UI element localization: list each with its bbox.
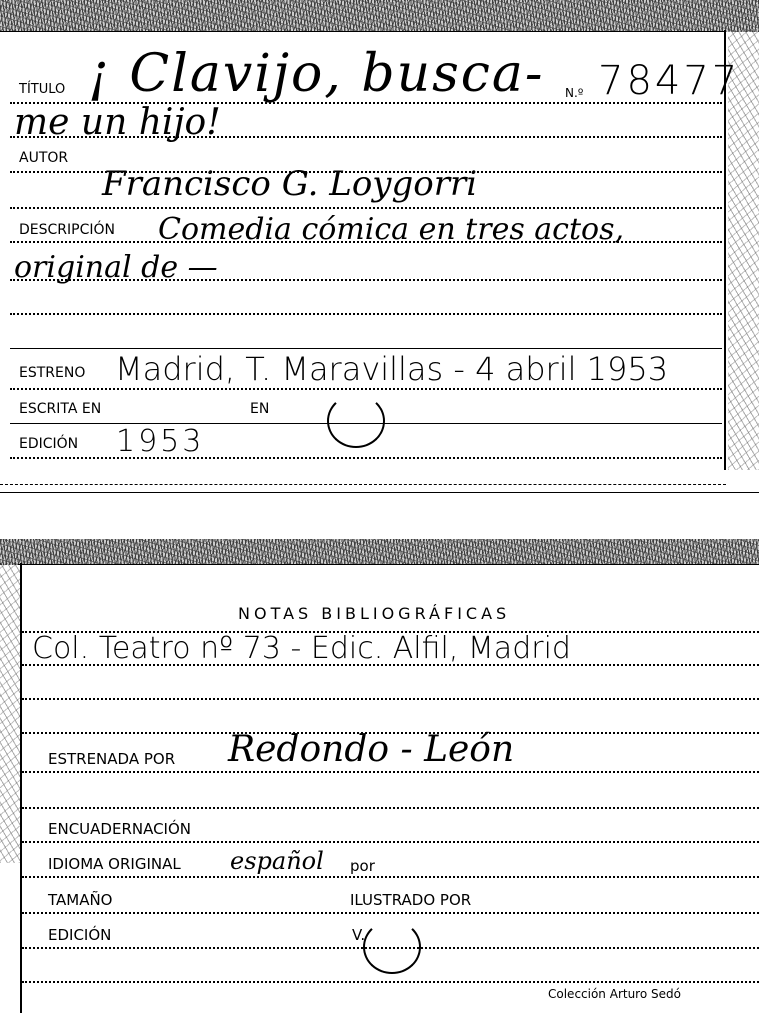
edicion-value: 1953 (116, 424, 204, 459)
card-bottom-dashed (0, 484, 726, 485)
estreno-label: Estreno (19, 365, 85, 381)
titulo-number-prefix: N.º (565, 86, 583, 100)
bottom-rule (22, 981, 759, 983)
estreno-value: Madrid, T. Maravillas - 4 abril 1953 (115, 350, 668, 388)
descripcion-rule-1 (10, 241, 722, 243)
descripcion-rule-4 (10, 348, 722, 349)
ilustrado-por-label: Ilustrado por (350, 891, 471, 909)
autor-rule-2 (10, 207, 722, 209)
edicion-label: Edición (19, 436, 78, 452)
titulo-label: Título (19, 82, 65, 97)
front-card: Título ¡ Clavijo, busca- N.º 78477 me un… (0, 0, 759, 495)
escrita-en-label: Escrita en (19, 401, 101, 417)
notas-heading: NOTAS BIBLIOGRÁFICAS (238, 604, 510, 623)
notas-rule-3 (22, 698, 759, 700)
notas-line1: Col. Teatro nº 73 - Edic. Alfil, Madrid (32, 631, 571, 666)
scan-edge-noise-left (0, 563, 20, 863)
autor-value: Francisco G. Loygorri (102, 164, 477, 204)
scan-edge-noise-top (0, 0, 759, 32)
estrenada-por-rule (22, 771, 759, 773)
descripcion-rule-3 (10, 313, 722, 315)
titulo-value-line1: ¡ Clavijo, busca- (88, 44, 545, 104)
descripcion-label: Descripción (19, 222, 115, 238)
estrenada-por-value: Redondo - León (228, 729, 514, 770)
titulo-rule-2 (10, 136, 722, 138)
back-card: NOTAS BIBLIOGRÁFICAS Col. Teatro nº 73 -… (0, 535, 759, 1028)
edicion-rule (10, 457, 722, 459)
estrenada-por-rule-2 (22, 807, 759, 809)
notas-rule-2 (22, 664, 759, 666)
tamano-rule (22, 912, 759, 914)
autor-label: Autor (19, 150, 68, 166)
tamano-label: Tamaño (48, 891, 113, 909)
en-label: En (250, 401, 269, 417)
estreno-rule (10, 388, 722, 390)
edicion-back-label: Edición (48, 926, 111, 944)
stamp-circle (327, 394, 385, 448)
collection-credit: Colección Arturo Sedó (548, 987, 681, 1001)
scan-edge-noise-top-back (0, 539, 759, 565)
card-bottom-border (0, 492, 759, 493)
idioma-original-value: español (230, 847, 324, 875)
idioma-original-label: Idioma original (48, 855, 181, 873)
titulo-number: 78477 (598, 58, 740, 104)
por-label: por (350, 857, 375, 875)
estrenada-por-label: Estrenada por (48, 750, 175, 768)
encuadernacion-rule (22, 841, 759, 843)
descripcion-rule-2 (10, 279, 722, 281)
card-top-border (0, 31, 726, 32)
edicion-back-rule (22, 947, 759, 949)
back-card-top-border (18, 564, 759, 565)
encuadernacion-label: Encuadernación (48, 820, 191, 838)
idioma-original-rule (22, 876, 759, 878)
